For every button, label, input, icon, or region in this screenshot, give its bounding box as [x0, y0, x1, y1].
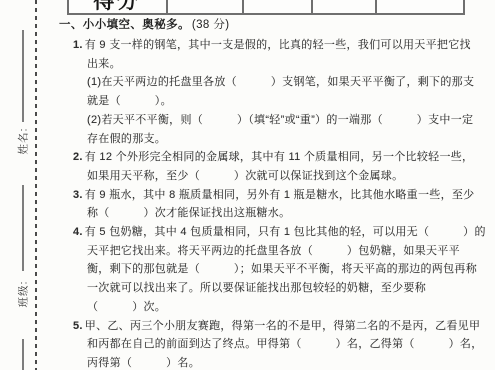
line-text: 有 9 支一样的钢笔，其中一支是假的，比真的轻一些，我们可以用天平把它找: [85, 39, 471, 51]
line-text: 有 9 瓶水，其中 8 瓶质量相同，另外有 1 瓶是糖水，比其他水略重一些，至少: [85, 189, 475, 201]
text-line: 出来。: [60, 55, 480, 74]
text-line: 天平把它找出来。将天平两边的托盘里各放（ ）包奶糖，如果天平平: [60, 242, 480, 261]
text-line: 1.有 9 支一样的钢笔，其中一支是假的，比真的轻一些，我们可以用天平把它找: [60, 36, 480, 55]
line-text: 就是（ ）。: [87, 95, 172, 107]
question-number: 1.: [73, 39, 83, 51]
line-text: 存在假的那支。: [87, 133, 166, 145]
score-empty-cell: [166, 0, 242, 13]
text-line: 存在假的那支。: [60, 130, 480, 149]
text-line: 4.有 5 包奶糖，其中 4 包质量相同，只有 1 包比其他的轻，可以用无（ ）…: [60, 223, 480, 242]
line-text: 甲、乙、丙三个小朋友赛跑，得第一名的不是甲，得第二名的不是丙，乙看见甲: [85, 320, 481, 332]
exam-paper: { "score_table": { "label": "得分" }, "mar…: [0, 0, 495, 370]
text-line: (1)在天平两边的托盘里各放（ ）支钢笔，如果天平平衡了，剩下的那支: [60, 73, 480, 92]
section-heading: 一、小小填空、奥秘多。(38 分): [59, 16, 229, 32]
text-line: 2.有 12 个外形完全相同的金属球，其中有 11 个质量相同，另一个比较轻一些…: [60, 148, 480, 167]
score-empty-cell: [375, 0, 463, 13]
line-text: 衡，剩下的那包就是（ ）；如果天平不平衡，将天平高的那边的两包再称: [87, 263, 477, 275]
score-label-cell: 得分: [69, 0, 166, 13]
text-line: （ ）次。: [60, 298, 480, 317]
question-number: 3.: [73, 189, 83, 201]
line-text: 如果用天平称，至少（ ）次就可以保证找到这个金属球。: [87, 170, 403, 182]
binding-dashed-line: [35, 0, 37, 370]
line-text: 天平把它找出来。将天平两边的托盘里各放（ ）包奶糖，如果天平平: [87, 245, 460, 257]
line-text: （ ）次。: [87, 301, 166, 313]
section-points: (38 分): [192, 19, 230, 31]
question-number: 4.: [73, 226, 83, 238]
text-line: 和丙都在自己的前面到达了终点。甲得第（ ）名，乙得第（ ）名，: [60, 335, 480, 354]
text-line: 称（ ）次才能保证找出这瓶糖水。: [60, 204, 480, 223]
text-line: 衡，剩下的那包就是（ ）；如果天平不平衡，将天平高的那边的两包再称: [60, 260, 480, 279]
score-empty-cell: [242, 0, 311, 13]
text-line: 5.甲、乙、丙三个小朋友赛跑，得第一名的不是甲，得第二名的不是丙，乙看见甲: [60, 317, 480, 336]
text-line: 3.有 9 瓶水，其中 8 瓶质量相同，另外有 1 瓶是糖水，比其他水略重一些，…: [60, 186, 480, 205]
line-text: 有 12 个外形完全相同的金属球，其中有 11 个质量相同，另一个比较轻一些，: [85, 151, 474, 163]
line-text: (2)若天平不平衡，则（ ）（填“轻”或“重”）的一端那（ ）支中一定: [87, 114, 473, 126]
text-line: 如果用天平称，至少（ ）次就可以保证找到这个金属球。: [60, 167, 480, 186]
line-text: 称（ ）次才能保证找出这瓶糖水。: [87, 207, 290, 219]
score-empty-cell: [311, 0, 375, 13]
student-class-label: 班级:: [16, 281, 31, 308]
text-line: 就是（ ）。: [60, 92, 480, 111]
line-text: (1)在天平两边的托盘里各放（ ）支钢笔，如果天平平衡了，剩下的那支: [87, 76, 474, 88]
margin-rule-bottom: [22, 339, 24, 370]
score-table: 得分: [67, 0, 465, 15]
text-line: 一次就可以找出来了。所以要保证能找出那包较轻的奶糖，至少要称: [60, 279, 480, 298]
question-number: 2.: [73, 151, 83, 163]
line-text: 一次就可以找出来了。所以要保证能找出那包较轻的奶糖，至少要称: [87, 282, 426, 294]
line-text: 出来。: [87, 58, 121, 70]
text-line: 丙得第（ ）名。: [60, 354, 480, 370]
line-text: 和丙都在自己的前面到达了终点。甲得第（ ）名，乙得第（ ）名，: [87, 338, 483, 350]
question-number: 5.: [73, 320, 83, 332]
margin-rule-top: [22, 30, 24, 122]
line-text: 丙得第（ ）名。: [87, 357, 200, 369]
line-text: 有 5 包奶糖，其中 4 包质量相同，只有 1 包比其他的轻，可以用无（ ）的: [85, 226, 486, 238]
student-name-label: 姓名:: [16, 128, 31, 155]
section-title: 一、小小填空、奥秘多。: [59, 19, 190, 31]
text-line: (2)若天平不平衡，则（ ）（填“轻”或“重”）的一端那（ ）支中一定: [60, 111, 480, 130]
question-block: 1.有 9 支一样的钢笔，其中一支是假的，比真的轻一些，我们可以用天平把它找 出…: [60, 36, 480, 370]
margin-rule-middle: [22, 185, 24, 271]
score-label: 得分: [93, 0, 141, 13]
